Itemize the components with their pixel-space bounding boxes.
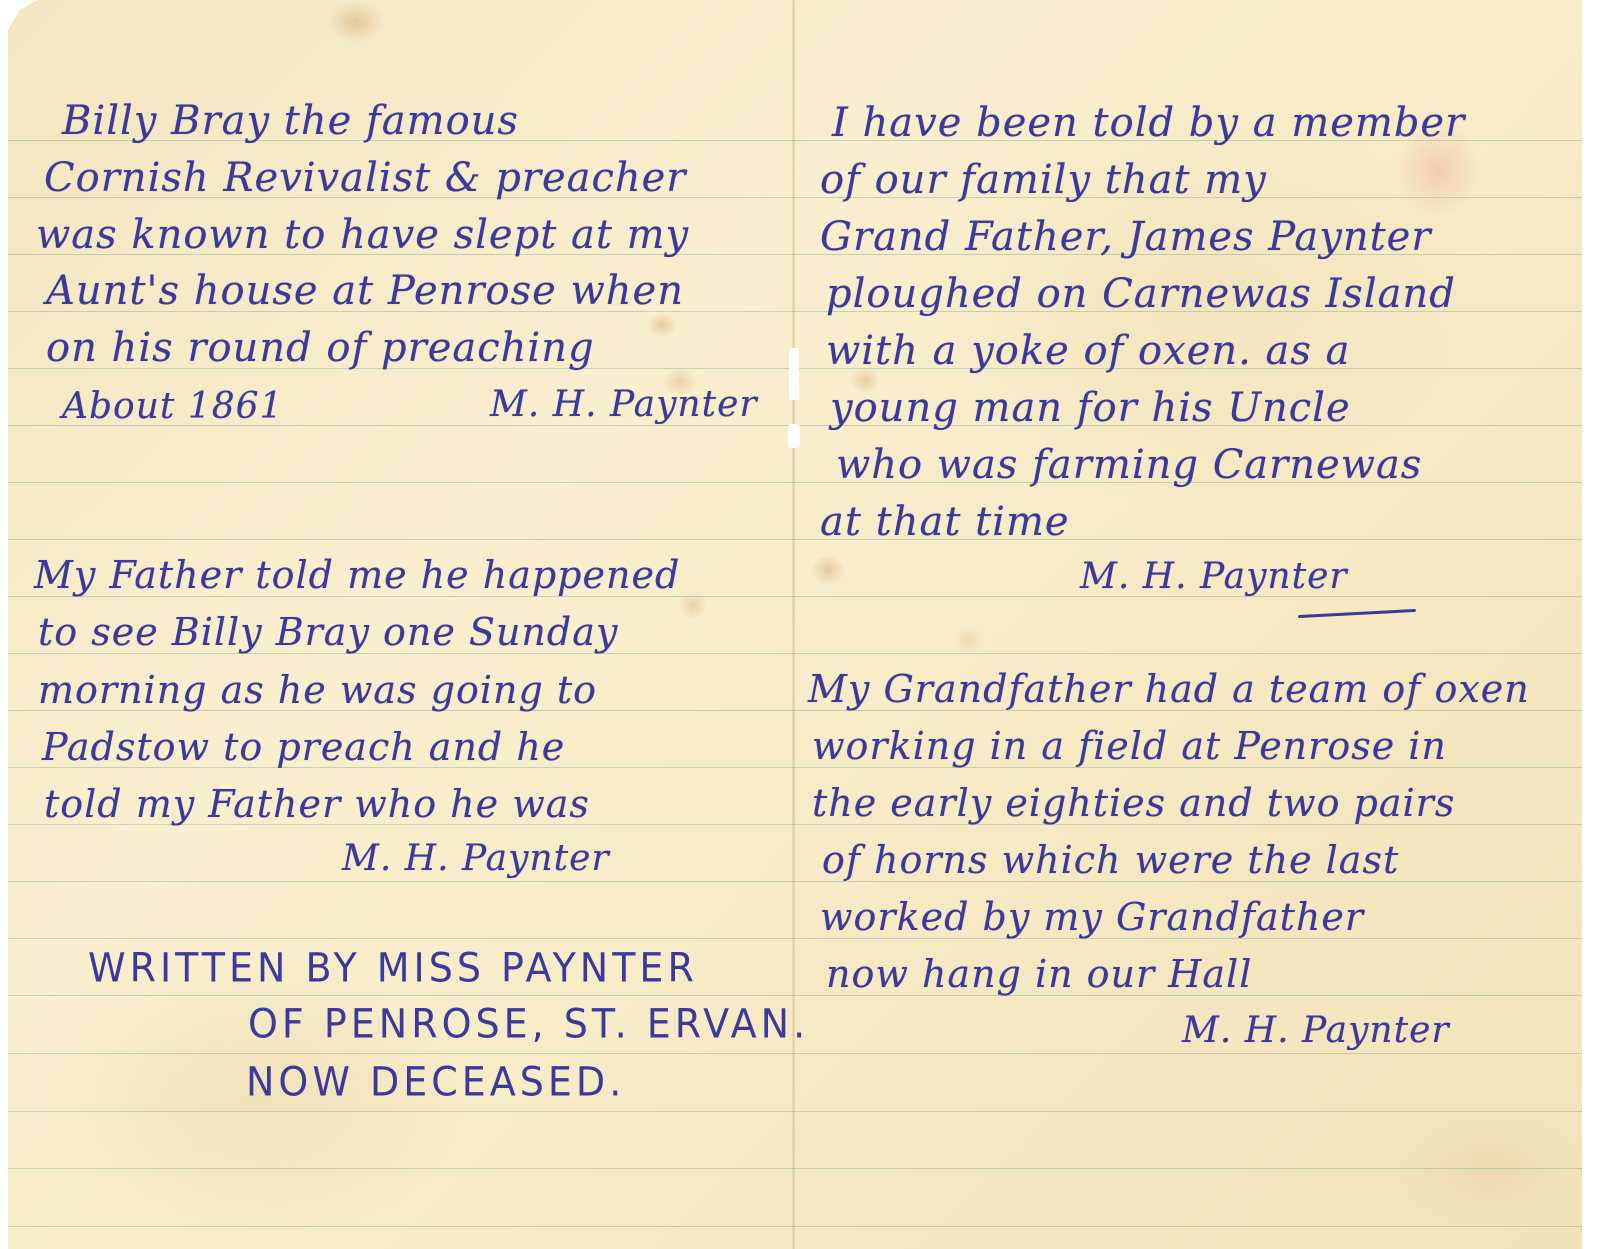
note-line: OF PENROSE, ST. ERVAN. (248, 1001, 809, 1047)
signature: M. H. Paynter (342, 838, 610, 879)
text-line: the early eighties and two pairs (812, 781, 1455, 825)
text-line: My Grandfather had a team of oxen (808, 667, 1530, 711)
text-line: I have been told by a member (832, 100, 1465, 146)
text-line: young man for his Uncle (830, 385, 1351, 431)
text-line: ploughed on Carnewas Island (826, 271, 1456, 317)
ruled-line (8, 1053, 1582, 1054)
text-line: worked by my Grandfather (820, 895, 1364, 939)
ruled-line (8, 539, 1582, 540)
signature: M. H. Paynter (1080, 556, 1348, 597)
text-line: who was farming Carnewas (836, 442, 1422, 488)
text-line: morning as he was going to (38, 668, 597, 712)
fold-tear (788, 424, 800, 448)
text-line: Padstow to preach and he (42, 725, 565, 769)
text-line: Aunt's house at Penrose when (46, 268, 684, 314)
date-text: About 1861 (62, 386, 283, 427)
text-line: My Father told me he happened (34, 553, 680, 597)
text-line: to see Billy Bray one Sunday (38, 610, 618, 654)
text-line: Cornish Revivalist & preacher (44, 155, 686, 201)
fold-tear (789, 348, 799, 400)
ruled-line (8, 1111, 1582, 1112)
note-line: NOW DECEASED. (246, 1059, 625, 1105)
text-line: of horns which were the last (822, 838, 1399, 882)
ruled-line (8, 995, 1582, 996)
text-line: with a yoke of oxen. as a (826, 328, 1351, 374)
signature: M. H. Paynter (1182, 1010, 1450, 1051)
center-fold (792, 0, 795, 1249)
ruled-line (8, 1168, 1582, 1169)
text-line: now hang in our Hall (826, 952, 1252, 996)
text-line: told my Father who he was (44, 782, 590, 826)
text-line: at that time (820, 499, 1070, 545)
text-line: on his round of preaching (46, 325, 595, 371)
signature: M. H. Paynter (490, 384, 758, 425)
text-line: Billy Bray the famous (62, 98, 519, 144)
text-line: was known to have slept at my (36, 212, 689, 258)
text-line: working in a field at Penrose in (812, 724, 1447, 768)
text-line: Grand Father, James Paynter (820, 214, 1431, 260)
text-line: of our family that my (820, 157, 1267, 203)
ruled-line (8, 1226, 1582, 1227)
note-line: WRITTEN BY MISS PAYNTER (88, 945, 698, 991)
